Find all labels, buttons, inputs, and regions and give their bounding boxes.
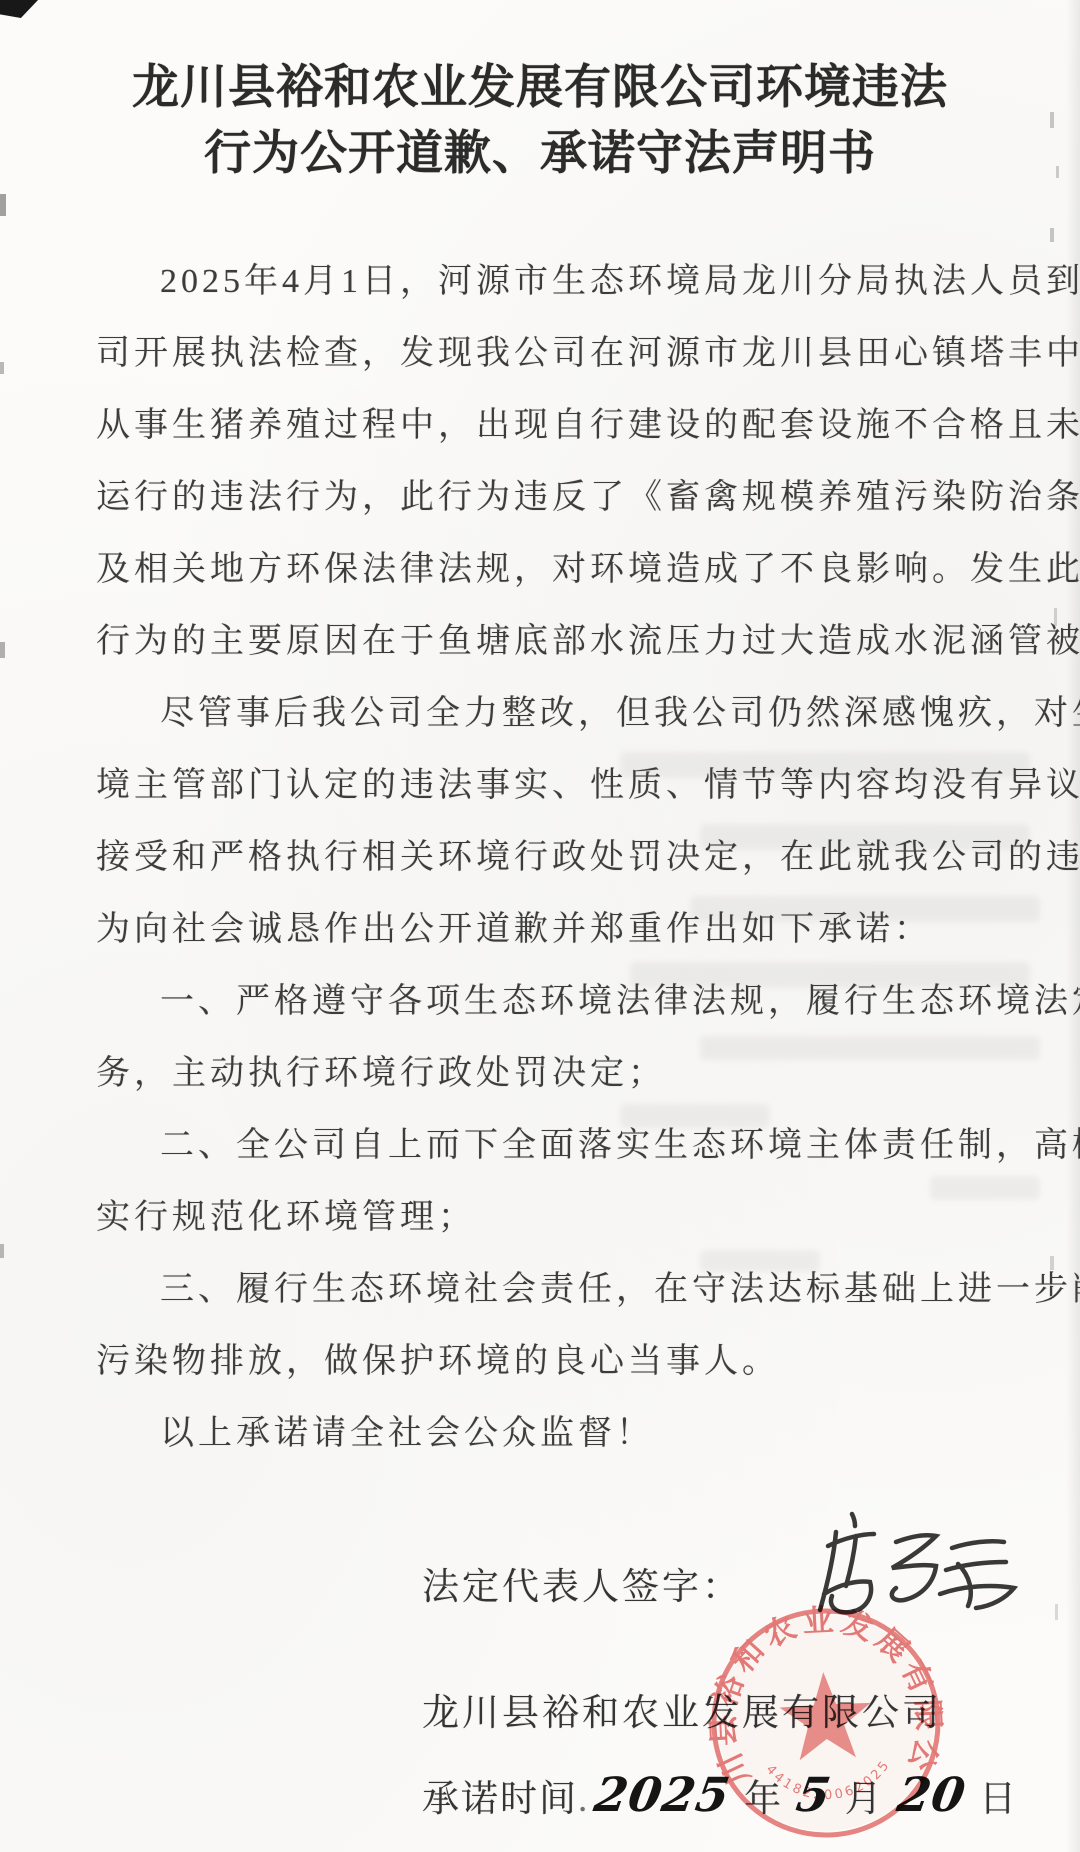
document-body: 2025年4月1日，河源市生态环境局龙川分局执法人员到我公 司开展执法检查，发现…: [96, 246, 1024, 1470]
date-separator: .: [578, 1779, 589, 1820]
commitment-item-2: 实行规范化环境管理；: [96, 1182, 1024, 1254]
body-line: 行为的主要原因在于鱼塘底部水流压力过大造成水泥涵管被冲垮。: [96, 606, 1024, 678]
body-line: 司开展执法检查，发现我公司在河源市龙川县田心镇塔丰中南村: [96, 318, 1024, 390]
scan-artifact: [0, 642, 5, 658]
scan-artifact: [1050, 228, 1054, 242]
scan-artifact: [1055, 1604, 1058, 1620]
scan-artifact: [0, 194, 6, 216]
scanned-document-page: 龙川县裕和农业发展有限公司环境违法 行为公开道歉、承诺守法声明书 2025年4月…: [0, 0, 1080, 1852]
body-line: 及相关地方环保法律法规，对环境造成了不良影响。发生此违法: [96, 534, 1024, 606]
body-line: 尽管事后我公司全力整改，但我公司仍然深感愧疚，对生态环: [96, 678, 1024, 750]
body-line: 运行的违法行为，此行为违反了《畜禽规模养殖污染防治条例》: [96, 462, 1024, 534]
commitment-item-2: 二、全公司自上而下全面落实生态环境主体责任制，高标准: [96, 1110, 1024, 1182]
document-title-line2: 行为公开道歉、承诺守法声明书: [0, 116, 1080, 183]
scan-artifact: [0, 1244, 4, 1258]
date-label: 承诺时间: [422, 1779, 578, 1820]
commitment-item-3: 污染物排放，做保护环境的良心当事人。: [96, 1326, 1024, 1398]
commitment-item-1: 一、严格遵守各项生态环境法律法规，履行生态环境法定义: [96, 966, 1024, 1038]
legal-representative-signature-label: 法定代表人签字：: [422, 1556, 742, 1610]
body-line: 接受和严格执行相关环境行政处罚决定，在此就我公司的违法行: [96, 822, 1024, 894]
body-line: 2025年4月1日，河源市生态环境局龙川分局执法人员到我公: [96, 246, 1024, 318]
scan-artifact: [0, 362, 4, 374]
day-unit: 日: [979, 1779, 1018, 1820]
commitment-item-1: 务，主动执行环境行政处罚决定；: [96, 1038, 1024, 1110]
company-seal: 龙川县裕和农业发展有限公司 4418220062025: [700, 1598, 952, 1850]
body-line: 为向社会诚恳作出公开道歉并郑重作出如下承诺：: [96, 894, 1024, 966]
document-title-line1: 龙川县裕和农业发展有限公司环境违法: [0, 50, 1080, 117]
commitment-item-3: 三、履行生态环境社会责任，在守法达标基础上进一步削减: [96, 1254, 1024, 1326]
scan-artifact-corner: [0, 0, 38, 18]
body-line: 从事生猪养殖过程中，出现自行建设的配套设施不合格且未正常: [96, 390, 1024, 462]
closing-statement: 以上承诺请全社会公众监督！: [96, 1398, 1024, 1470]
body-line: 境主管部门认定的违法事实、性质、情节等内容均没有异议，并: [96, 750, 1024, 822]
